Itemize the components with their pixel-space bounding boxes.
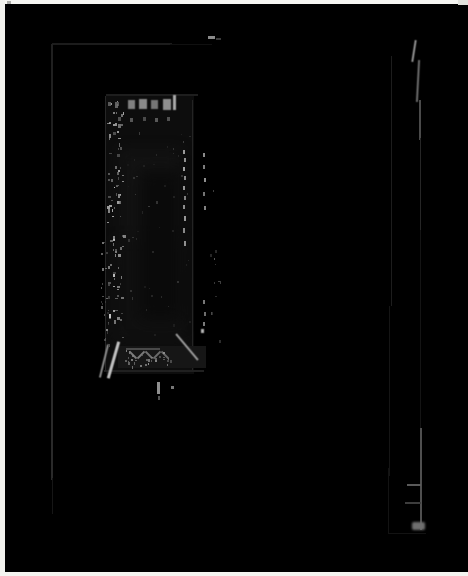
label-left-torn-edge-speckles-speckle (118, 170, 120, 172)
label-left-torn-edge-speckles-speckle (113, 310, 115, 312)
book-top-center-tick (208, 36, 215, 39)
label-left-torn-edge-speckles-speckle (117, 317, 120, 320)
stitch-dot (203, 192, 205, 196)
stitch-dot (204, 206, 206, 210)
label-left-torn-edge-speckles-speckle (123, 235, 126, 238)
label-interior-mottle-speckle (134, 159, 135, 161)
label-left-torn-edge-speckles-speckle (112, 216, 114, 217)
label-left-torn-edge-speckles-speckle (120, 247, 122, 250)
stitch-dot (183, 150, 185, 154)
label-interior-mottle-speckle (133, 177, 135, 179)
label-left-torn-edge-speckles-speckle (114, 187, 115, 188)
book-left-edge-bottom (52, 478, 53, 514)
label-left-torn-edge-speckles-speckle (117, 295, 119, 297)
label-interior-mottle-speckle (130, 290, 132, 292)
spine-label-bottom-edge (104, 370, 204, 372)
binding-box-left (388, 468, 389, 534)
stitch-dot (183, 186, 185, 190)
book-edge-speckles-speckle (104, 339, 105, 341)
right-of-label-sparse-dots-speckle (215, 296, 217, 297)
label-left-torn-edge-speckles-speckle (121, 114, 123, 117)
bottom-patch-glitter-speckle (142, 355, 143, 356)
bottom-patch-glitter-speckle (159, 356, 161, 358)
bottom-patch-glitter-speckle (140, 365, 142, 367)
label-left-torn-edge-speckles-speckle (109, 153, 112, 154)
label-left-torn-edge-speckles-speckle (113, 239, 115, 241)
bottom-patch-glitter-speckle (128, 357, 129, 359)
scratch-streak-left-inner (107, 341, 120, 378)
right-of-label-sparse-dots-speckle (211, 312, 212, 315)
label-left-torn-edge-speckles-speckle (114, 278, 115, 280)
bottom-patch-glitter-speckle (135, 360, 137, 361)
label-left-torn-edge-speckles-speckle (115, 249, 117, 253)
label-left-torn-edge-speckles-speckle (111, 179, 113, 182)
label-left-torn-edge-speckles-speckle (115, 254, 116, 257)
label-interior-mottle-speckle (168, 306, 169, 307)
label-interior-mottle-speckle (154, 334, 156, 336)
label-interior-mottle-speckle (153, 164, 155, 165)
label-left-torn-edge-speckles-speckle (122, 337, 124, 338)
label-left-torn-edge-speckles-speckle (115, 166, 117, 169)
book-edge-speckles-speckle (108, 323, 109, 325)
photo-frame-bottom (0, 572, 468, 576)
label-left-torn-edge-speckles-speckle (108, 173, 110, 175)
label-left-torn-edge-speckles-speckle (108, 102, 111, 106)
label-left-torn-edge-speckles-speckle (109, 316, 111, 319)
label-left-torn-edge-speckles-speckle (121, 297, 124, 299)
book-edge-speckles-speckle (101, 287, 102, 289)
bottom-patch-glitter-speckle (148, 359, 150, 362)
label-left-torn-edge-speckles-speckle (119, 143, 120, 147)
book-edge-speckles-speckle (107, 331, 108, 334)
label-interior-mottle-speckle (139, 132, 140, 135)
label-left-torn-edge-speckles-speckle (109, 122, 111, 124)
label-left-torn-edge-speckles-speckle (122, 175, 124, 176)
label-left-torn-edge-speckles-speckle (118, 177, 119, 180)
label-left-torn-edge-speckles-speckle (117, 102, 119, 106)
bottom-patch-glitter-speckle (163, 352, 165, 354)
label-left-torn-edge-speckles-speckle (113, 249, 114, 251)
label-interior-mottle-speckle (127, 164, 129, 166)
book-edge-speckles-speckle (106, 329, 108, 331)
label-left-torn-edge-speckles-speckle (118, 194, 121, 196)
stitch-dot (183, 205, 185, 209)
label-left-torn-edge-speckles-speckle (118, 148, 119, 150)
book-edge-speckles-speckle (102, 283, 103, 285)
label-interior-mottle-speckle (142, 211, 143, 214)
book-top-edge-fade (170, 44, 212, 45)
label-left-torn-edge-speckles-speckle (118, 254, 121, 257)
label-left-torn-edge-speckles-speckle (108, 196, 111, 198)
label-interior-mottle-speckle (159, 227, 160, 228)
page-edge-curve-low (419, 100, 421, 140)
bottom-patch-glitter-speckle (134, 362, 135, 365)
label-left-torn-edge-speckles-speckle (117, 154, 120, 157)
bottom-patch-glitter-speckle (132, 355, 134, 357)
label-left-torn-edge-speckles-speckle (118, 138, 121, 139)
label-left-torn-edge-speckles-speckle (122, 181, 124, 182)
page-edge-curve-fade (420, 138, 421, 230)
bottom-patch-glitter-speckle (167, 364, 168, 366)
label-interior-mottle-speckle (186, 264, 187, 266)
label-interior-mottle-speckle (173, 148, 174, 150)
bottom-patch-glitter-speckle (155, 360, 157, 362)
stitch-dot (204, 178, 206, 182)
spine-crease-line-lower (389, 306, 390, 476)
zigzag-dash (161, 351, 169, 359)
label-left-torn-edge-speckles-speckle (115, 310, 118, 311)
bottom-patch-glitter-speckle (146, 359, 148, 361)
book-edge-speckles-speckle (106, 298, 108, 299)
below-label-tick-fade (158, 396, 160, 400)
bottom-patch-glitter-speckle (125, 360, 127, 362)
right-of-label-sparse-dots-speckle (218, 281, 220, 282)
label-left-torn-edge-speckles-speckle (113, 112, 115, 114)
binding-bright-blob (412, 522, 425, 530)
bottom-patch-glitter-speckle (129, 351, 130, 354)
book-edge-speckles-speckle (108, 296, 110, 299)
label-left-torn-edge-speckles-speckle (118, 124, 121, 128)
book-top-center-tick-fade (216, 38, 221, 40)
book-edge-speckles-speckle (102, 268, 104, 271)
stitch-dot (184, 216, 186, 221)
label-left-torn-edge-speckles-speckle (120, 194, 121, 195)
book-edge-speckles-speckle (101, 306, 103, 309)
scratch-streak-right (175, 333, 198, 360)
label-left-torn-edge-speckles-speckle (121, 124, 123, 126)
label-left-torn-edge-speckles-speckle (114, 320, 116, 324)
label-left-torn-edge-speckles-speckle (116, 112, 117, 114)
binding-tick-upper (407, 484, 421, 486)
label-left-torn-edge-speckles-speckle (120, 216, 121, 217)
label-left-torn-edge-speckles-speckle (110, 103, 112, 105)
label-interior-mottle-speckle (164, 185, 166, 187)
right-of-label-sparse-dots-speckle (215, 250, 217, 253)
label-interior-mottle-speckle (177, 281, 179, 283)
label-left-torn-edge-speckles-speckle (110, 240, 113, 242)
label-interior-mottle-speckle (148, 206, 150, 207)
book-edge-speckles-speckle (102, 303, 103, 305)
label-left-torn-edge-speckles-speckle (117, 289, 119, 290)
label-interior-mottle-speckle (132, 237, 134, 238)
book-edge-speckles-speckle (105, 268, 107, 269)
label-left-torn-edge-speckles-speckle (109, 314, 111, 318)
label-interior-mottle-speckle (183, 141, 184, 143)
label-interior-mottle-speckle (128, 239, 130, 242)
label-left-torn-edge-speckles-speckle (118, 196, 120, 198)
label-left-torn-edge-speckles-speckle (108, 179, 110, 181)
binding-box-bottom (388, 533, 426, 534)
label-interior-mottle-speckle (161, 296, 162, 298)
bottom-patch-glitter-speckle (155, 358, 157, 360)
stitch-dot (203, 322, 205, 326)
label-left-torn-edge-speckles-speckle (110, 264, 112, 266)
label-glyph-2 (139, 99, 147, 109)
book-top-edge (52, 43, 172, 45)
label-left-torn-edge-speckles-speckle (115, 104, 118, 108)
scratch-bright-dot (201, 329, 204, 333)
label-bottom-patch (118, 346, 206, 368)
stitch-dot (204, 312, 206, 316)
page-edge-curve-mid (416, 60, 420, 102)
label-interior-mottle-speckle (135, 194, 136, 195)
right-of-label-sparse-dots-speckle (219, 340, 221, 343)
bottom-patch-glitter-speckle (126, 350, 127, 352)
book-edge-speckles-speckle (108, 322, 109, 324)
label-interior-mottle-speckle (181, 134, 182, 135)
bottom-patch-glitter-speckle (131, 359, 133, 361)
zigzag-dash (129, 351, 137, 359)
book-left-edge-lower (51, 340, 53, 480)
label-left-torn-edge-speckles-speckle (115, 123, 117, 126)
right-edge-faint-line (420, 230, 421, 430)
binding-tick-lower (405, 502, 421, 504)
label-left-torn-edge-speckles-speckle (117, 286, 120, 288)
right-of-label-sparse-dots-speckle (210, 254, 212, 257)
label-interior-mottle-speckle (173, 153, 174, 154)
bottom-patch-glitter-speckle (132, 366, 133, 369)
right-edge-bright-line (420, 428, 422, 530)
book-edge-speckles-speckle (102, 296, 104, 297)
label-interior-mottle-speckle (189, 136, 191, 137)
label-left-torn-edge-speckles-speckle (120, 283, 121, 285)
label-left-torn-edge-speckles-speckle (107, 222, 109, 223)
label-interior-mottle-speckle (132, 297, 133, 300)
book-edge-speckles-speckle (105, 338, 106, 341)
label-interior-mottle-speckle (144, 286, 146, 288)
below-label-tick (157, 382, 160, 394)
right-of-label-sparse-dots-speckle (220, 281, 221, 284)
right-of-label-sparse-dots-speckle (211, 312, 213, 315)
label-interior-mottle-speckle (146, 309, 147, 311)
scratch-streak-left-outer (99, 344, 109, 377)
label-glyph-dot-3 (143, 117, 146, 121)
label-left-torn-edge-speckles-speckle (122, 235, 124, 237)
book-edge-speckles-speckle (104, 314, 105, 316)
label-interior-mottle-speckle (152, 251, 154, 253)
label-interior-mottle-speckle (173, 324, 175, 327)
label-glyph-4 (163, 99, 171, 110)
zigzag-dash (137, 351, 145, 359)
label-left-torn-edge-speckles-speckle (113, 243, 114, 246)
label-interior-mottle-speckle (173, 196, 175, 198)
label-left-torn-edge-speckles-speckle (109, 123, 110, 124)
photo-frame-corner-speck (458, 0, 468, 5)
right-of-label-sparse-dots-speckle (214, 258, 215, 260)
bottom-patch-glitter-speckle (151, 357, 153, 358)
book-edge-speckles-speckle (102, 242, 104, 244)
label-left-torn-edge-speckles-speckle (111, 200, 113, 201)
label-interior-mottle-speckle (128, 186, 129, 187)
book-edge-speckles-speckle (107, 312, 109, 314)
zigzag-dash (153, 351, 161, 359)
label-interior-mottle-speckle (172, 230, 174, 232)
right-of-label-sparse-dots-speckle (215, 264, 216, 265)
spine-label-base (106, 94, 194, 374)
page-edge-curve-upper (411, 40, 416, 62)
label-left-torn-edge-speckles-speckle (113, 132, 116, 135)
below-label-dot (171, 386, 174, 389)
right-of-label-sparse-dots-speckle (213, 190, 214, 192)
photo-canvas (0, 0, 468, 576)
spine-label-top-edge (106, 94, 198, 96)
label-left-torn-edge-speckles-speckle (108, 282, 111, 284)
label-glyph-dot-4 (155, 118, 158, 122)
spine-label-texture-dark (140, 170, 180, 320)
bottom-patch-glitter-speckle (167, 360, 169, 362)
stitch-dot (183, 167, 185, 171)
label-left-torn-edge-speckles-speckle (116, 185, 119, 186)
spine-label-texture-mid (115, 240, 185, 340)
label-left-torn-edge-speckles-speckle (113, 236, 115, 240)
photo-frame-topleft-mark (7, 1, 11, 4)
label-glyph-bright-tick (173, 95, 176, 110)
label-left-torn-edge-speckles-speckle (117, 172, 119, 175)
label-left-torn-edge-speckles-speckle (115, 298, 118, 299)
label-left-torn-edge-speckles-speckle (119, 201, 121, 204)
label-left-torn-edge-speckles-speckle (120, 319, 122, 321)
book-edge-speckles-speckle (101, 301, 102, 303)
label-left-torn-edge-speckles-speckle (121, 276, 122, 279)
bottom-patch-glitter-speckle (134, 362, 135, 364)
label-interior-mottle-speckle (156, 201, 158, 204)
spine-label-right-edge (192, 100, 193, 370)
book-photo-scene (0, 0, 468, 576)
label-left-torn-edge-speckles-speckle (113, 274, 115, 277)
spine-crease-line (391, 56, 392, 306)
label-interior-mottle-speckle (149, 288, 150, 289)
label-left-torn-edge-speckles-speckle (123, 112, 124, 115)
label-left-torn-edge-speckles-speckle (107, 123, 109, 124)
stitch-dot (203, 153, 205, 157)
label-left-torn-edge-speckles-speckle (115, 102, 118, 104)
book-left-edge (51, 44, 53, 344)
label-interior-mottle-speckle (189, 321, 191, 323)
label-left-torn-edge-speckles-speckle (108, 266, 110, 269)
label-left-torn-edge-speckles-speckle (120, 147, 122, 150)
label-bottom-patch-highlight (126, 348, 160, 350)
label-left-torn-edge-speckles-speckle (118, 267, 119, 269)
label-left-torn-edge-speckles-speckle (115, 249, 117, 251)
bottom-patch-glitter-speckle (163, 357, 165, 358)
bottom-patch-glitter-speckle (151, 360, 152, 362)
label-left-torn-edge-speckles-speckle (109, 205, 112, 207)
spine-label-left-edge (105, 96, 106, 371)
label-left-torn-edge-speckles-speckle (122, 246, 124, 247)
label-glyph-3 (151, 100, 158, 109)
label-interior-mottle-speckle (188, 260, 189, 261)
label-interior-mottle-speckle (136, 176, 138, 177)
label-left-torn-edge-speckles-speckle (117, 131, 119, 133)
label-glyph-dot-5 (167, 117, 170, 121)
bottom-patch-glitter-speckle (168, 358, 169, 360)
label-interior-mottle-speckle (143, 165, 145, 167)
label-interior-mottle-speckle (181, 175, 183, 177)
stitch-dot (184, 196, 186, 200)
spine-label-texture-light (120, 150, 180, 270)
label-left-torn-edge-speckles-speckle (114, 207, 115, 209)
label-left-torn-edge-speckles-speckle (112, 209, 113, 212)
label-left-torn-edge-speckles-speckle (113, 124, 115, 126)
bottom-patch-glitter-speckle (128, 362, 130, 365)
label-interior-mottle-speckle (187, 193, 188, 195)
book-edge-speckles-speckle (108, 310, 109, 311)
label-left-torn-edge-speckles-speckle (117, 101, 118, 102)
label-left-torn-edge-speckles-speckle (108, 344, 110, 347)
label-left-torn-edge-speckles-speckle (108, 283, 110, 286)
book-edge-speckles-speckle (106, 252, 108, 254)
book-edge-speckles-speckle (101, 253, 103, 255)
stitch-dot (184, 241, 186, 246)
label-left-torn-edge-speckles-speckle (116, 193, 117, 196)
stitch-dot (203, 300, 205, 304)
label-left-torn-edge-speckles-speckle (117, 201, 120, 204)
right-of-label-sparse-dots-speckle (214, 282, 215, 284)
label-left-torn-edge-speckles-speckle (109, 134, 111, 138)
label-glyph-dot-1 (118, 117, 121, 121)
bottom-patch-glitter-speckle (148, 363, 149, 365)
book-edge-speckles-speckle (101, 301, 102, 303)
stitch-dot (184, 176, 186, 180)
photo-frame-left (0, 0, 5, 576)
label-interior-mottle-speckle (137, 231, 139, 232)
zigzag-dash (145, 351, 153, 359)
stitch-dot (203, 165, 205, 169)
label-interior-mottle-speckle (136, 238, 137, 240)
photo-frame-top (0, 0, 468, 4)
label-left-torn-edge-speckles-speckle (113, 272, 116, 274)
bottom-patch-glitter-speckle (128, 361, 129, 362)
book-edge-speckles-speckle (104, 242, 105, 243)
label-interior-mottle-speckle (178, 155, 179, 157)
label-interior-mottle-speckle (151, 295, 153, 297)
label-interior-mottle-speckle (167, 146, 168, 148)
label-left-torn-edge-speckles-speckle (121, 313, 123, 314)
label-left-torn-edge-speckles-speckle (108, 209, 110, 213)
label-glyph-1 (128, 100, 135, 109)
label-left-torn-edge-speckles-speckle (113, 286, 115, 287)
label-left-torn-edge-speckles-speckle (120, 167, 121, 169)
book-edge-speckles-speckle (105, 301, 106, 303)
label-left-torn-edge-speckles-speckle (107, 206, 110, 209)
label-left-torn-edge-speckles-speckle (109, 138, 110, 140)
stitch-dot (184, 158, 186, 162)
bottom-patch-glitter-speckle (163, 359, 165, 360)
label-glyph-dot-2 (130, 118, 133, 122)
bottom-patch-glitter-speckle (170, 360, 172, 363)
label-interior-mottle-speckle (156, 154, 157, 156)
label-left-torn-edge-speckles-speckle (116, 186, 118, 187)
stitch-dot (183, 228, 185, 233)
bottom-patch-glitter-speckle (145, 364, 147, 366)
